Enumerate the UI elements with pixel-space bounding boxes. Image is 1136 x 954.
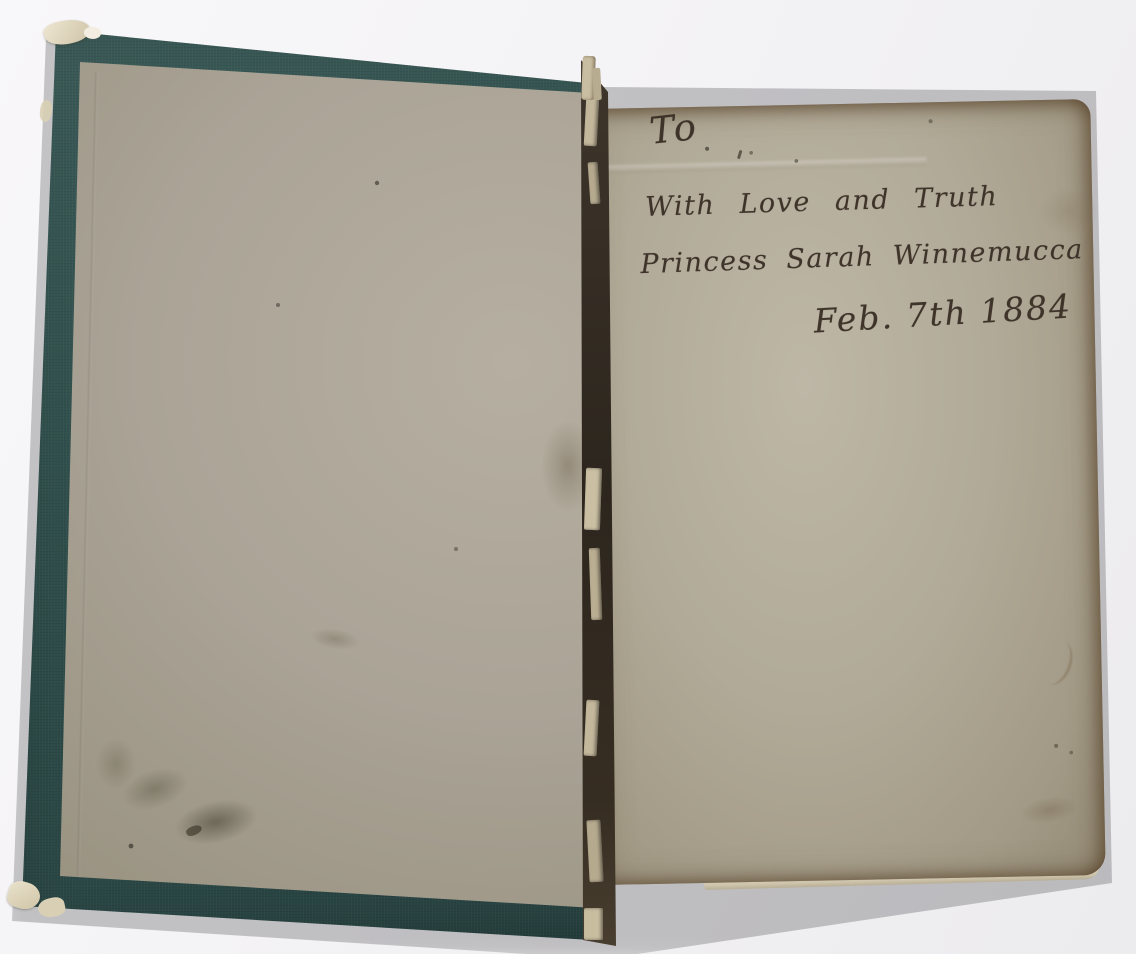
flyleaf-faint-smudge [1035, 185, 1102, 238]
flyleaf-horizontal-crease [596, 157, 926, 173]
torn-paper-fragment [588, 162, 601, 205]
torn-paper-fragment [586, 820, 603, 883]
inscription-dedication: With Love and Truth [645, 181, 999, 223]
flyleaf-scuff-mark [1033, 636, 1078, 690]
endpaper-stain [307, 624, 364, 653]
torn-paper-fragment [589, 548, 603, 620]
flyleaf-page: To With Love and Truth Princess Sarah Wi… [587, 99, 1105, 885]
torn-paper-fragment [584, 468, 602, 531]
torn-paper-fragment [584, 96, 600, 147]
endpaper-stain [94, 736, 138, 792]
book-photo-scene: To With Love and Truth Princess Sarah Wi… [0, 0, 1136, 954]
endpaper-foxing-specks [0, 0, 2, 2]
spine-top-torn-paper [592, 68, 602, 100]
torn-paper-fragment [584, 700, 600, 757]
inscription-signature: Princess Sarah Winnemucca [640, 234, 1084, 280]
stray-ink-mark [737, 150, 742, 159]
flyleaf-smudge [1016, 791, 1084, 829]
inscription-date: Feb. 7th 1884 [813, 287, 1074, 341]
inscription-salutation: To [648, 105, 700, 153]
torn-paper-fragment [584, 908, 603, 940]
